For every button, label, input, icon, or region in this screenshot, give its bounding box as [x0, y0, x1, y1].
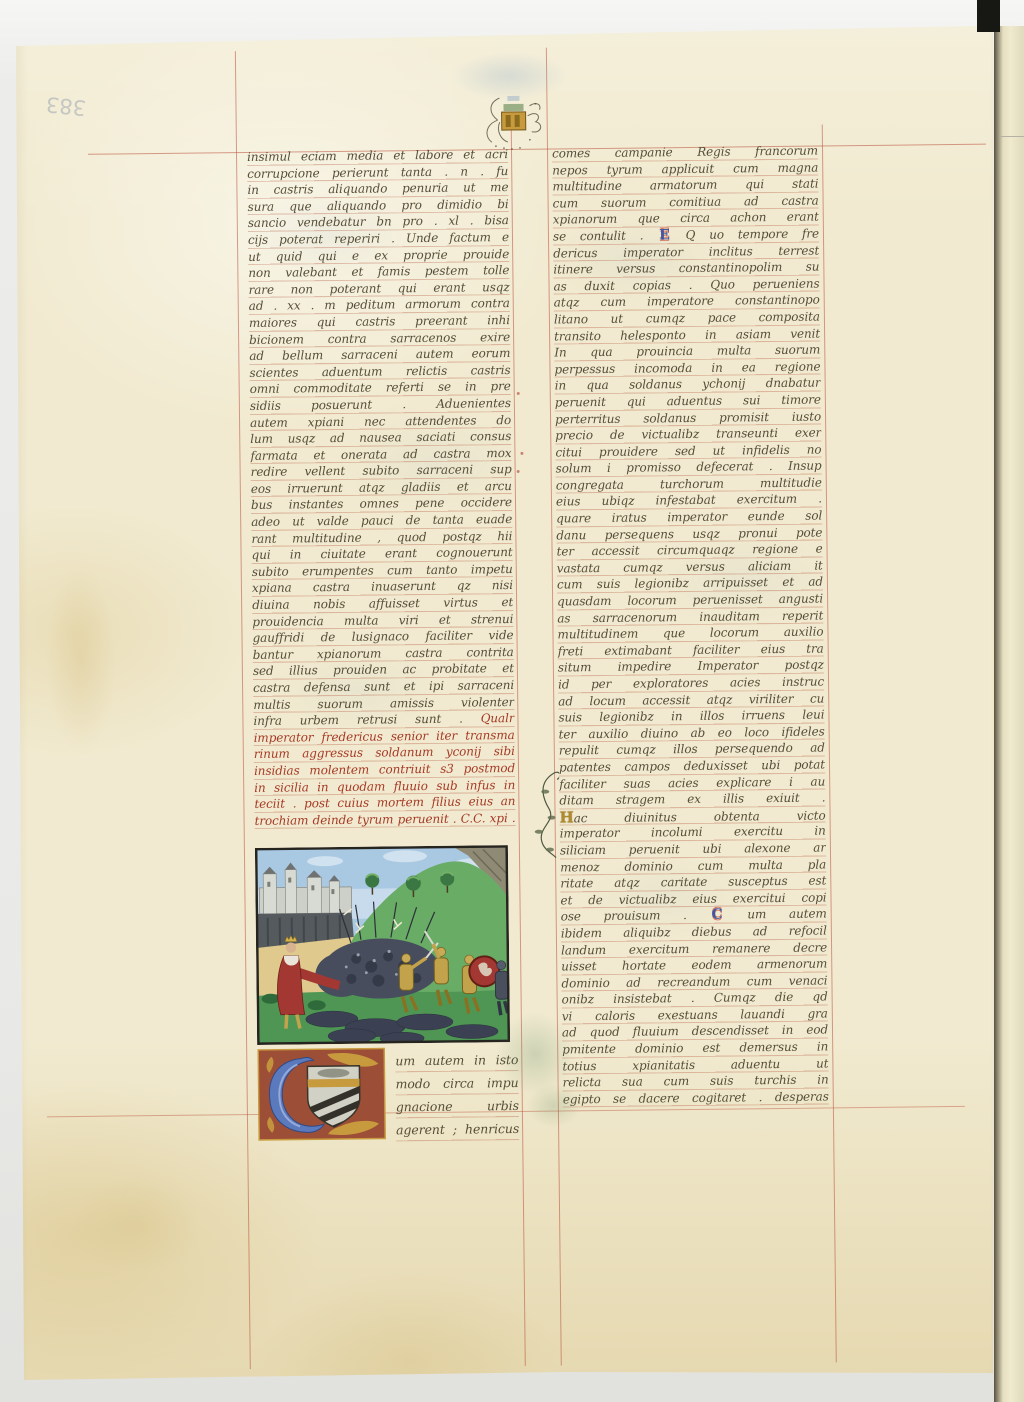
- ink-run: onibz insistebat . Cumqz die qd: [562, 990, 828, 1007]
- ink-run: et de victualibz eius exercitui copi: [560, 890, 826, 907]
- penwork-flourish: [523, 770, 560, 862]
- ornament-bar: [506, 115, 511, 127]
- ink-run: eos irruerunt atqz gladiis et arcu: [251, 479, 512, 496]
- ink-run: omni commoditate referti se in pre: [250, 379, 511, 396]
- rubric-run: teciit . post cuius mortem filius eius a…: [254, 794, 515, 811]
- ink-run: qui in ciuitate erant cognouerunt: [252, 545, 513, 562]
- text-line: gnacione urbis: [396, 1094, 519, 1118]
- ink-run: cum suorum comitiua ad castra: [553, 193, 819, 210]
- ink-run: lum usqz ad nausea saciati consus: [250, 429, 511, 446]
- ink-run: sidiis posuerunt . Aduenientes: [250, 396, 511, 413]
- margin-mark: [520, 452, 523, 455]
- flourish-vine: [540, 772, 560, 858]
- ink-run: maiores qui castris preerant inhi: [249, 313, 510, 330]
- ink-run: rare non poterant qui erant usqz: [248, 280, 509, 297]
- ink-run: ad bellum sarraceni autem eorum: [249, 346, 510, 363]
- ink-run: infra urbem retrusi sunt .: [253, 712, 480, 729]
- ink-run: multis suorum amissis violenter: [253, 695, 514, 712]
- ink-run: citui prouidere sed ut infidelis no: [555, 442, 821, 459]
- next-folio-edge: [994, 26, 1024, 1402]
- ink-run: cijs poterat reperiri . Unde factum e: [248, 230, 509, 247]
- miniature-battle-scene: [255, 845, 510, 1045]
- ink-run: adeo ut valde pauci de tanta euade: [251, 512, 512, 529]
- ink-run: autem xpiani nec attendentes do: [250, 413, 511, 430]
- ink-run: siliciam peruenit ubi alexone ar: [560, 840, 826, 857]
- flourish-leaves: [534, 790, 556, 852]
- ink-run: ditam stragem ex illis exiuit .: [559, 791, 825, 808]
- ink-run: um autem: [725, 907, 827, 922]
- ink-run: se contulit .: [553, 228, 657, 243]
- rubric-run: in sicilia in quodam fluuio sub infus in: [254, 778, 515, 795]
- ink-run: solum i promisso defecerat . Insup: [556, 459, 822, 476]
- ornament-blue-tick: [507, 96, 519, 101]
- ink-run: repulit cumqz illos persequendo ad: [559, 741, 825, 758]
- ink-run: gauffridi de lusignaco faciliter vide: [252, 628, 513, 645]
- ink-run: eius ubiqz infestabat exercitum .: [556, 492, 822, 509]
- folio-number-ornament: [477, 92, 548, 155]
- ornament-bar: [515, 115, 520, 127]
- folio-edge-line: [1000, 136, 1024, 137]
- ink-run: relicta sua cum suis turchis in: [563, 1073, 829, 1090]
- ink-run: prouidencia multa viri et strenui: [252, 612, 513, 629]
- ink-run: nepos tyrum applicuit cum magna: [552, 160, 818, 177]
- parchment-page: 383 insimul eciam media et labore: [0, 0, 1024, 1402]
- ink-run: comes campanie Regis francorum: [552, 144, 818, 161]
- rubric-run: rinum aggressus soldanum yconij sibi: [254, 744, 515, 761]
- gutter-shadow-notch: [977, 0, 1000, 32]
- ink-run: ose prouisum .: [561, 908, 710, 924]
- ink-run: xpiana castra inuaserunt qz nisi: [252, 578, 513, 595]
- yellow-stain: [72, 1174, 203, 1275]
- ink-run: sed illius prouiden ac probitate et: [253, 661, 514, 678]
- ink-run: dericus imperator inclitus terrest: [553, 243, 819, 260]
- left-column: insimul eciam media et labore et acricor…: [247, 146, 516, 829]
- ink-run: quasdam locorum peruenisset angusti: [557, 592, 823, 609]
- ink-run: bicionem contra sarracenos exire: [249, 330, 510, 347]
- ink-run: in castris aliquando penuria ut me: [247, 180, 508, 197]
- ink-run: castra defensa sunt et ipi sarraceni: [253, 678, 514, 695]
- ink-run: atqz cum imperatore constantinopo: [554, 293, 820, 310]
- margin-mark: [517, 470, 520, 473]
- ink-run: ter accessit circumquaqz regione e: [556, 542, 822, 559]
- ink-run: suis legionibz in illos irruens leui: [558, 708, 824, 725]
- ink-run: situm impedire Imperator postqz: [558, 658, 824, 675]
- ink-run: diuina nobis affuisset virtus et: [252, 595, 513, 612]
- ink-run: Q uo tempore fre: [672, 226, 819, 242]
- ink-run: agerent ; henricus: [396, 1121, 519, 1137]
- margin-mark: [517, 392, 520, 395]
- ornament-gold-block: [502, 112, 526, 130]
- ink-run: ad locum accessit atqz viriliter cu: [558, 691, 824, 708]
- ink-run: multitudine armatorum qui stati: [552, 177, 818, 194]
- ink-run: totius xpianitatis aduentu ut: [562, 1056, 828, 1073]
- ink-run: xpianorum que circa achon erant: [553, 210, 819, 227]
- ink-run: ritate atqz caritate susceptus est: [560, 874, 826, 891]
- small-initial-gold: H: [559, 808, 573, 826]
- ink-run: transito helesponto in asiam venit: [554, 326, 820, 343]
- rubric-run: insidias molentem contriuit s3 postmod: [254, 761, 515, 778]
- ink-run: insimul eciam media et labore et acri: [247, 147, 508, 164]
- gold-fess: [308, 1079, 360, 1088]
- ink-run: perpessus incomoda in ea regione: [554, 359, 820, 376]
- ink-run: imperator incolumi exercitu in: [560, 824, 826, 841]
- ink-run: redire vellent subito sarraceni sup: [251, 462, 512, 479]
- ink-run: patentes campos deduxisset ubi potat: [559, 757, 825, 774]
- ink-run: vastata cumqz versus aliciam it: [557, 558, 823, 575]
- ink-run: landum exercitum remanere decre: [561, 940, 827, 957]
- ink-run: non valebant et famis pestem tolle: [248, 263, 509, 280]
- rubric-run: imperator fredericus senior iter transma: [254, 728, 515, 745]
- ink-run: farmata et onerata ad castra mox: [250, 446, 511, 463]
- small-initial-blue: E: [657, 227, 672, 243]
- ink-run: bus instantes omnes pene occidere: [251, 495, 512, 512]
- ink-run: multitudinem que locorum auxilio: [557, 625, 823, 642]
- small-initial-blue: C: [709, 907, 724, 923]
- ink-run: modo circa impu: [396, 1075, 519, 1091]
- ink-run: ibidem aliquibz diebus ad refocil: [561, 923, 827, 940]
- ink-run: ter auxilio diuino ab eo loco ifideles: [559, 724, 825, 741]
- ink-run: dominio ad recreandum cum venaci: [561, 973, 827, 990]
- ink-run: as sarracenorum inauditam reperit: [557, 608, 823, 625]
- ink-run: bantur xpianorum castra contrita: [253, 645, 514, 662]
- ink-run: congregata turchorum multitudie: [556, 475, 822, 492]
- ornament-green-band: [503, 104, 523, 111]
- ink-run: itinere versus constantinopolim su: [553, 260, 819, 277]
- ink-run: menoz dominio cum multa pla: [560, 857, 826, 874]
- illuminated-initial-C: [257, 1047, 386, 1140]
- rubric-run: trochiam deinde tyrum peruenit . C.C. xp…: [255, 811, 516, 828]
- manuscript-photo: { "artifact": { "pencil_foliation": "383…: [0, 0, 1024, 1402]
- ink-run: corrupcione perierunt tanta . n . fu: [247, 164, 508, 181]
- ink-run: quare iratus imperator eunde sol: [556, 509, 822, 526]
- ink-run: uisset hortate eodem armenorum: [561, 957, 827, 974]
- ink-run: ad quod fluuium descendisset in eod: [562, 1023, 828, 1040]
- text-line: um autem in isto: [395, 1048, 518, 1072]
- ink-run: litano ut cumqz pace composita: [554, 309, 820, 326]
- ruled-content-layer: insimul eciam media et labore et acricor…: [0, 0, 1024, 1402]
- ink-run: cum suis legionibz arripuisset et ad: [557, 575, 823, 592]
- ink-run: id per exploratores acies instruc: [558, 674, 824, 691]
- penwork-squiggle: [527, 104, 540, 132]
- ink-run: precio de victualibz transeunti exer: [555, 426, 821, 443]
- text-line: trochiam deinde tyrum peruenit . C.C. xp…: [255, 810, 516, 830]
- right-column: comes campanie Regis francorumnepos tyru…: [552, 143, 829, 1108]
- ink-run: pmitente dominio est demersus in: [562, 1040, 828, 1057]
- rubric-run: Qualr: [481, 711, 515, 725]
- ink-run: ad . xx . m peditum armorum contra: [249, 296, 510, 313]
- ink-run: faciliter suas acies explicare i au: [559, 774, 825, 791]
- ink-run: gnacione urbis: [396, 1098, 519, 1114]
- ink-run: in qua soldanus ychonij dnabatur: [555, 376, 821, 393]
- ink-run: um autem in isto: [395, 1052, 518, 1068]
- text-line: agerent ; henricus: [396, 1117, 519, 1141]
- ink-run: subito erumpentes cum tanto impetu: [252, 562, 513, 579]
- ink-run: scientes aduentum relictis castris: [249, 363, 510, 380]
- ink-run: sancio vendebatur bn pro . xl . bisa: [248, 213, 509, 230]
- ink-run: sura que aliquando pro dimidio bi: [248, 197, 509, 214]
- ink-run: egipto se dacere cogitaret . desperas: [563, 1089, 829, 1106]
- text-line: modo circa impu: [395, 1071, 518, 1095]
- text-line: egipto se dacere cogitaret . desperas: [563, 1088, 829, 1108]
- ink-run: danu persequens usqz pronui pote: [556, 525, 822, 542]
- beside-initial-lines: um autem in istomodo circa impugnacione …: [395, 1048, 519, 1141]
- yellow-stain: [45, 565, 117, 756]
- ink-run: as duxit copias . Quo perueniens: [553, 276, 819, 293]
- ink-run: In qua prouincia multa suorum: [554, 343, 820, 360]
- ink-run: vi caloris exestuans lauandi gra: [562, 1006, 828, 1023]
- ink-run: perterritus soldanus promisit iusto: [555, 409, 821, 426]
- ink-run: peruenit qui aduentus sui timore: [555, 392, 821, 409]
- ink-run: ut quid qui e ex proprie prouide: [248, 247, 509, 264]
- ink-run: rant multitudine , quod postqz hii: [251, 529, 512, 546]
- ink-run: freti extimabant faciliter eius tra: [558, 641, 824, 658]
